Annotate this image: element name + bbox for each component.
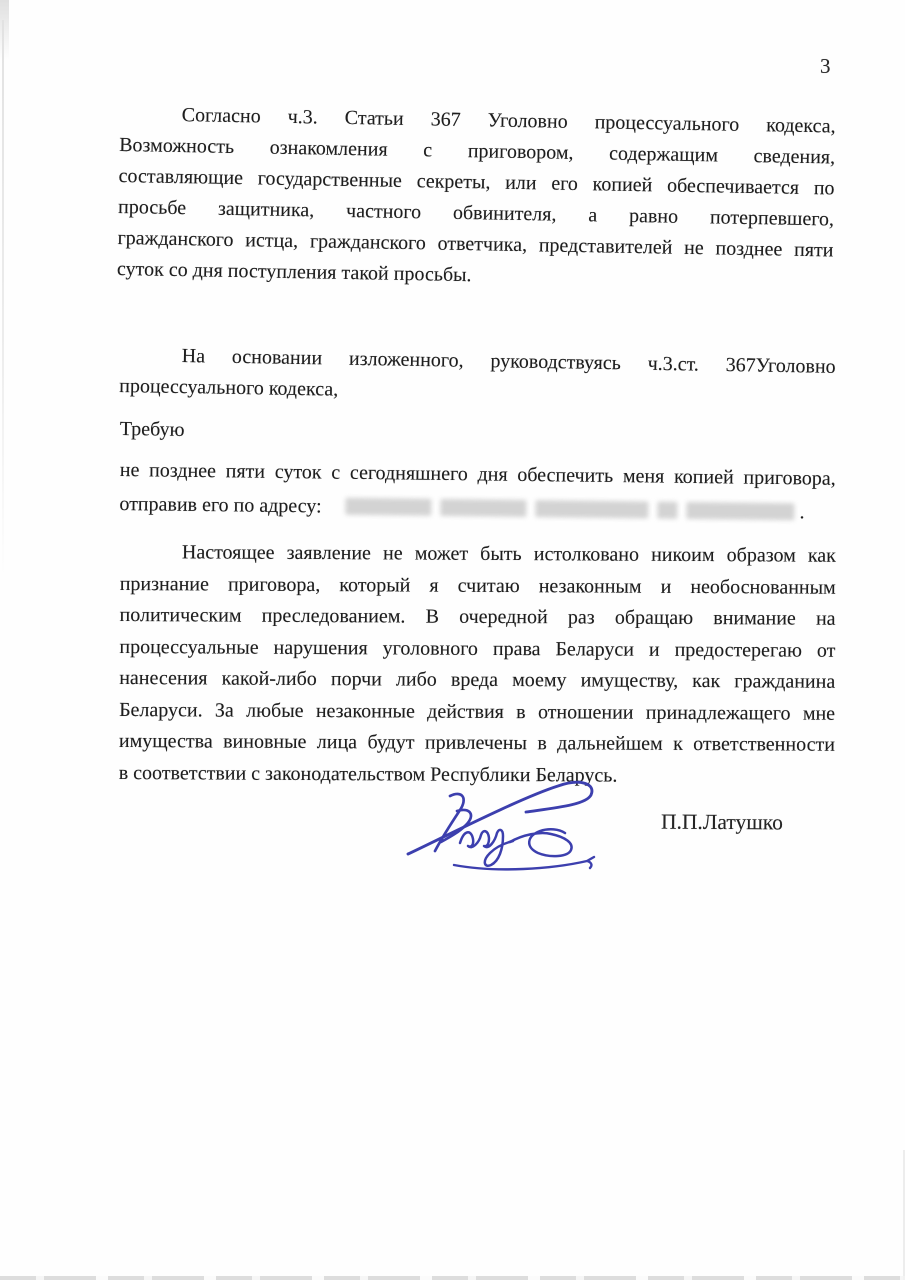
scanned-document-page: 3 Согласно ч.3. Статьи 367 Уголовно проц… (0, 0, 905, 1280)
address-period: . (799, 501, 804, 523)
scan-artifact-left-line (2, 20, 4, 580)
address-line: отправив его по адресу: . (119, 489, 835, 529)
demand-heading: Требую (120, 414, 836, 455)
text-line: Требую (120, 414, 836, 455)
text-line: Настоящее заявление не может быть истолк… (120, 537, 836, 572)
address-prefix: отправив его по адресу: (119, 493, 322, 517)
redacted-text-segment (441, 499, 527, 517)
paragraph-legal-basis: Согласно ч.3. Статьи 367 Уголовно процес… (117, 99, 836, 297)
text-line: признание приговора, который я считаю не… (120, 568, 836, 603)
text-line: процессуальные нарушения уголовного прав… (119, 631, 835, 666)
paragraph-on-grounds: На основании изложенного, руководствуясь… (119, 340, 836, 414)
page-number: 3 (820, 54, 831, 79)
scan-artifact-bottom-edge (0, 1276, 905, 1280)
paragraph-statement: Настоящее заявление не может быть истолк… (119, 537, 836, 793)
signatory-name: П.П.Латушко (661, 810, 783, 836)
redacted-text-segment (346, 498, 432, 516)
redacted-text-segment (536, 500, 649, 518)
paragraph-demand: не позднее пяти суток с сегодняшнего дня… (119, 455, 836, 529)
redacted-text-segment (687, 502, 795, 520)
text-line: нанесения какой-либо порчи либо вреда мо… (119, 663, 835, 698)
redacted-address (346, 496, 795, 523)
text-line: политическим преследованием. В очередной… (120, 600, 836, 635)
spacer (327, 512, 341, 513)
redacted-text-segment (658, 502, 678, 519)
text-line: не позднее пяти суток с сегодняшнего дня… (120, 455, 836, 495)
text-line: имущества виновные лица будут привлечены… (119, 726, 835, 761)
signature-ink (404, 772, 600, 872)
text-line: Беларуси. За любые незаконные действия в… (119, 694, 835, 729)
